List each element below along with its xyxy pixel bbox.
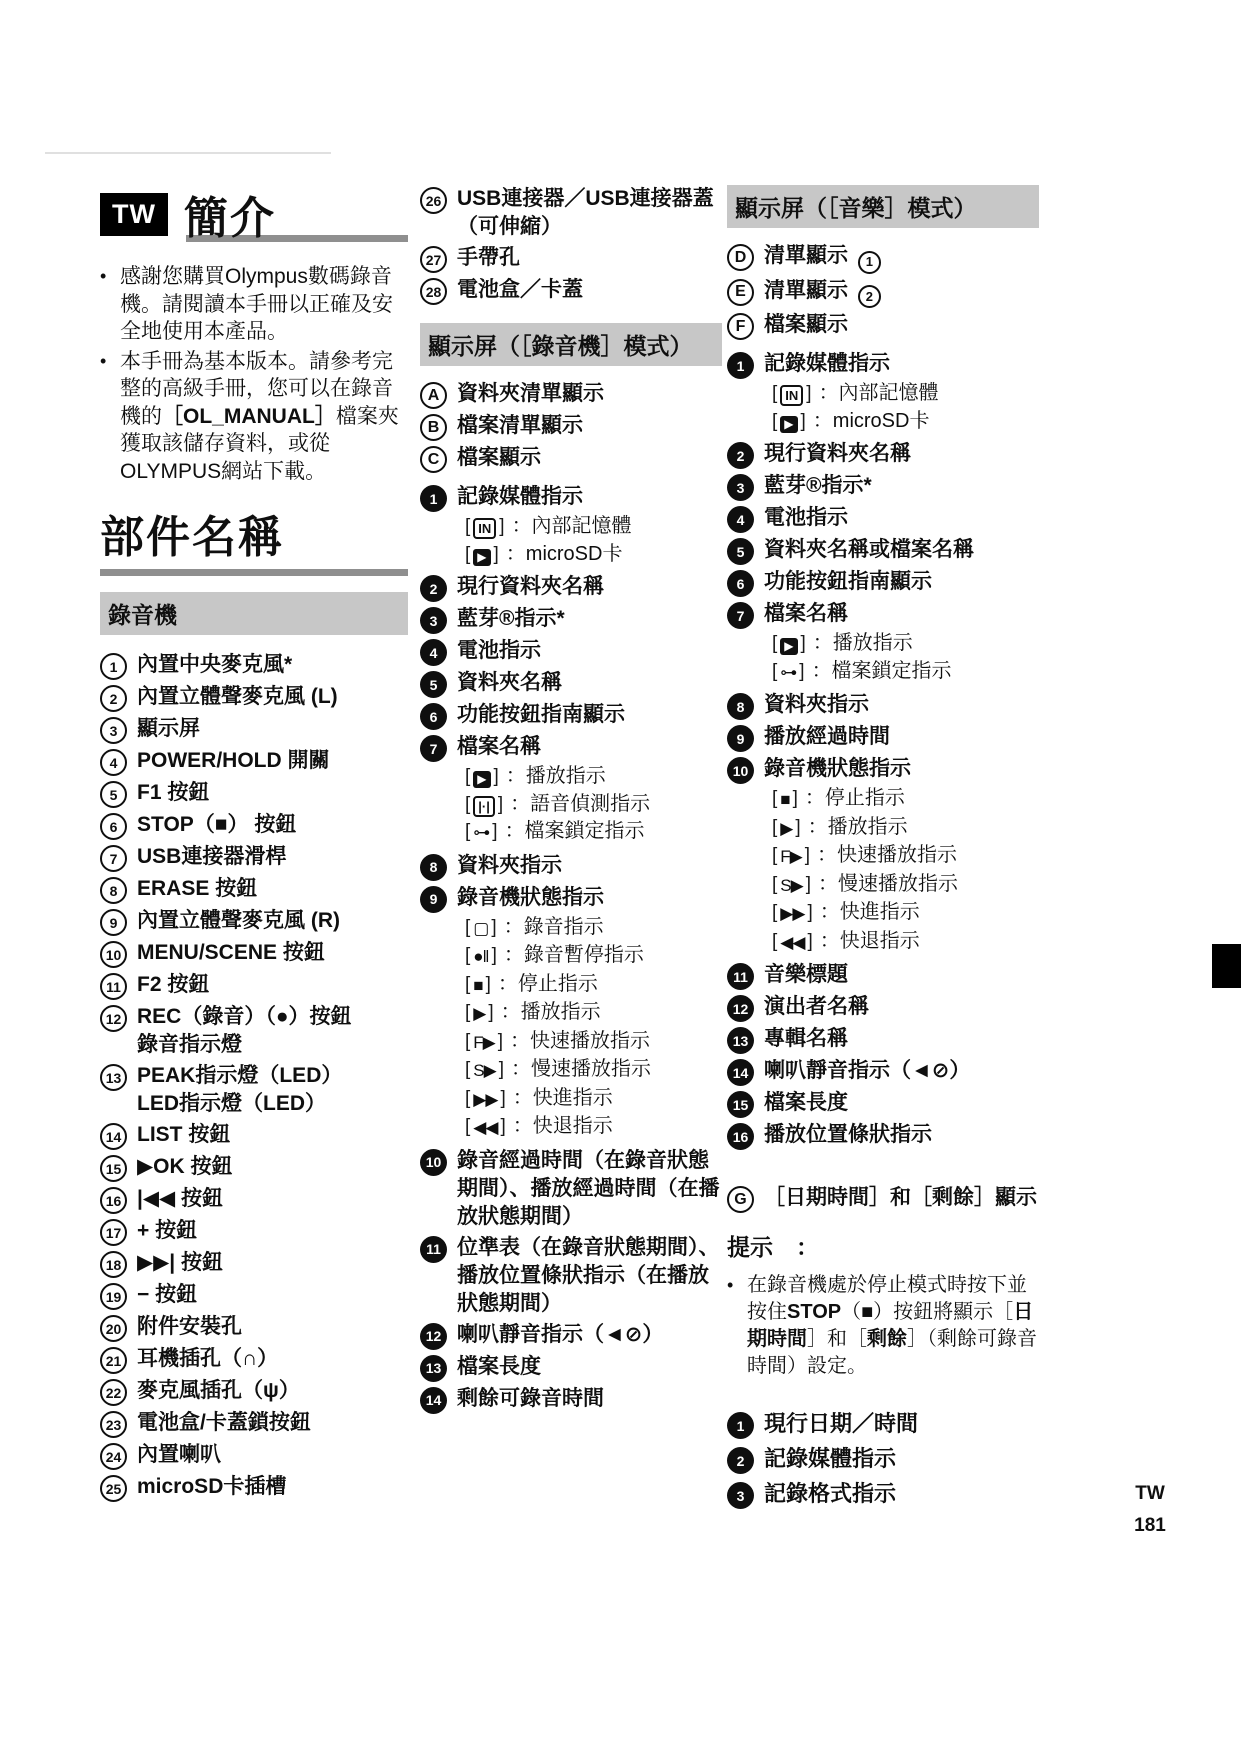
indicator-icon: ■ xyxy=(780,787,789,814)
item-label-text: 喇叭靜音指示（◄⊘） xyxy=(764,1059,970,1082)
item-marker: 11 xyxy=(727,963,754,990)
bracket-close: ] xyxy=(494,766,499,787)
item-label: 現行日期／時間 xyxy=(764,1410,1039,1438)
list-item: 7 檔案名稱 [▶]：播放指示[|·|]：語音偵測指示[⊶]：檔案鎖定指示 xyxy=(420,733,722,849)
indicator-text: ：錄音暫停指示 xyxy=(504,944,644,966)
item-label: ▶▶| 按鈕 xyxy=(137,1249,408,1277)
item-label-text: 資料夾指示 xyxy=(457,854,562,877)
item-label: 記錄媒體指示 xyxy=(764,1445,1039,1473)
item-label: 檔案顯示 xyxy=(457,444,722,472)
list-item: 2 記錄媒體指示 xyxy=(727,1445,1039,1474)
indicator-text: ：快退指示 xyxy=(513,1115,613,1137)
item-marker: 20 xyxy=(100,1315,127,1342)
bullet-text: 感謝您購買Olympus數碼錄音機。請閱讀本手冊以正確及安全地使用本產品。 xyxy=(120,263,408,346)
item-marker: 1 xyxy=(727,1412,754,1439)
display-music-indicator-list: 1 記錄媒體指示 [IN]：內部記憶體[▶]：microSD卡 2 現行資料夾名… xyxy=(727,350,1039,1150)
item-label: 耳機插孔（∩） xyxy=(137,1345,408,1373)
indicator-text: ：播放指示 xyxy=(501,1001,601,1023)
list-item: 2 現行資料夾名稱 xyxy=(420,573,722,602)
item-marker: 12 xyxy=(420,1323,447,1350)
bracket-close: ] xyxy=(486,974,491,995)
item-label: 藍芽®指示* xyxy=(457,605,722,633)
bullet-dot: • xyxy=(727,1272,747,1380)
column-right: 顯示屏（［音樂］模式） D 清單顯示 1 E 清單顯示 2 F 檔案顯示 1 記… xyxy=(727,185,1039,1515)
tip-bullet: • 在錄音機處於停止模式時按下並按住STOP（■）按鈕將顯示［日期時間］和［剩餘… xyxy=(727,1272,1039,1380)
item-marker: 4 xyxy=(420,639,447,666)
item-label: 電池盒／卡蓋 xyxy=(457,276,722,304)
item-label: 藍芽®指示* xyxy=(764,472,1039,500)
indicator-text: ：快進指示 xyxy=(513,1087,613,1109)
list-item: 1 記錄媒體指示 [IN]：內部記憶體[▶]：microSD卡 xyxy=(420,483,722,570)
indicator-text: ：慢速播放指示 xyxy=(511,1058,651,1080)
item-marker: 1 xyxy=(100,653,127,680)
bracket-close: ] xyxy=(488,1002,493,1023)
item-label-text: 資料夾指示 xyxy=(764,693,869,716)
indicator-item: [◀◀]：快退指示 xyxy=(465,1113,722,1142)
indicator-text: ：快速播放指示 xyxy=(817,844,957,866)
item-second-line: LED指示燈（LED） xyxy=(137,1090,408,1118)
item-label-text: 電池盒／卡蓋 xyxy=(457,278,583,301)
column-left: TW 簡介 • 感謝您購買Olympus數碼錄音機。請閱讀本手冊以正確及安全地使… xyxy=(100,185,408,1505)
text-segment: （■）按鈕將顯示［ xyxy=(841,1301,1013,1323)
list-item: C 檔案顯示 xyxy=(420,444,722,473)
item-label: 檔案長度 xyxy=(764,1089,1039,1117)
bracket-close: ] xyxy=(807,902,812,923)
bracket-open: [ xyxy=(772,874,777,895)
item-label: 手帶孔 xyxy=(457,244,722,272)
bracket-close: ] xyxy=(807,931,812,952)
bracket-close: ] xyxy=(499,1059,504,1080)
list-item: G ［日期時間］和［剩餘］顯示 xyxy=(727,1184,1039,1213)
item-marker: 3 xyxy=(727,474,754,501)
item-marker: 2 xyxy=(727,442,754,469)
item-marker: 7 xyxy=(420,735,447,762)
indicator-text: ：檔案鎖定指示 xyxy=(812,660,952,682)
item-label-text: 電池指示 xyxy=(457,639,541,662)
item-marker: 6 xyxy=(727,570,754,597)
item-trailing-circled-number: 2 xyxy=(858,285,881,308)
item-label: 資料夾指示 xyxy=(764,691,1039,719)
item-marker: 10 xyxy=(100,941,127,968)
list-item: 7 USB連接器滑桿 xyxy=(100,843,408,872)
indicator-item: [▢]：錄音指示 xyxy=(465,914,722,943)
item-label-text: 資料夾名稱 xyxy=(457,671,562,694)
list-item: 8 資料夾指示 xyxy=(420,852,722,881)
indicator-text: ：播放指示 xyxy=(808,816,908,838)
item-label-bold: F1 xyxy=(137,781,162,804)
item-marker: 7 xyxy=(727,602,754,629)
item-marker: 11 xyxy=(420,1236,447,1263)
item-marker: 25 xyxy=(100,1475,127,1502)
list-item: 1 內置中央麥克風* xyxy=(100,651,408,680)
recorder-section-bar: 錄音機 xyxy=(100,592,408,635)
item-marker: A xyxy=(420,382,447,409)
item-marker: 24 xyxy=(100,1443,127,1470)
bullet-text: 本手冊為基本版本。請參考完整的高級手冊，您可以在錄音機的［OL_MANUAL］檔… xyxy=(120,348,408,486)
item-label-text: 按鈕 xyxy=(162,781,210,804)
item-label-text: microSD卡插槽 xyxy=(137,1475,286,1498)
item-label-text: 藍芽®指示* xyxy=(764,474,872,497)
bracket-close: ] xyxy=(498,1031,503,1052)
item-label: POWER/HOLD 開關 xyxy=(137,747,408,775)
item-second-line: （可伸縮） xyxy=(457,213,722,241)
list-item: 23 電池盒/卡蓋鎖按鈕 xyxy=(100,1409,408,1438)
list-item: 13 檔案長度 xyxy=(420,1353,722,1382)
bracket-close: ] xyxy=(492,821,497,842)
indicator-icon: |·| xyxy=(473,796,495,817)
item-label-text: − 按鈕 xyxy=(137,1283,197,1306)
language-tag: TW xyxy=(100,193,168,236)
list-item: 14 剩餘可錄音時間 xyxy=(420,1385,722,1414)
indicator-text: ：快速播放指示 xyxy=(510,1030,650,1052)
indicator-item: [●‖]：錄音暫停指示 xyxy=(465,942,722,971)
indicator-icon: ▶ xyxy=(473,1001,485,1028)
indicator-icon: ⊶ xyxy=(780,660,796,687)
indicator-sublist: [▢]：錄音指示[●‖]：錄音暫停指示[■]：停止指示[▶]：播放指示[F▶]：… xyxy=(457,914,722,1142)
item-label-text: 開關 xyxy=(282,749,330,772)
bracket-open: [ xyxy=(772,788,777,809)
item-label-text: （■） 按鈕 xyxy=(194,813,297,836)
indicator-item: [▶]：播放指示 xyxy=(465,763,722,791)
item-marker: 5 xyxy=(420,671,447,698)
list-item: 2 內置立體聲麥克風 (L) xyxy=(100,683,408,712)
list-item: 9 錄音機狀態指示 [▢]：錄音指示[●‖]：錄音暫停指示[■]：停止指示[▶]… xyxy=(420,884,722,1144)
indicator-text: ：快退指示 xyxy=(820,930,920,952)
item-label-text: 位準表（在錄音狀態期間）、播放位置條狀指示（在播放狀態期間） xyxy=(457,1236,720,1315)
list-item: 5 F1 按鈕 xyxy=(100,779,408,808)
item-label-text: 檔案長度 xyxy=(764,1091,848,1114)
indicator-text: ：停止指示 xyxy=(805,787,905,809)
item-label-text: 剩餘可錄音時間 xyxy=(457,1387,604,1410)
item-label-text: 藍芽®指示* xyxy=(457,607,565,630)
item-label: 錄音機狀態指示 [▢]：錄音指示[●‖]：錄音暫停指示[■]：停止指示[▶]：播… xyxy=(457,884,722,1144)
list-item: 11 F2 按鈕 xyxy=(100,971,408,1000)
item-label: 檔案長度 xyxy=(457,1353,722,1381)
item-label-text: 資料夾清單顯示 xyxy=(457,382,604,405)
item-marker: 2 xyxy=(727,1447,754,1474)
page-footer: TW 181 xyxy=(1128,1478,1172,1542)
item-marker: 18 xyxy=(100,1251,127,1278)
item-marker: 12 xyxy=(100,1005,127,1032)
item-label: 喇叭靜音指示（◄⊘） xyxy=(457,1321,722,1349)
item-label: 演出者名稱 xyxy=(764,993,1039,1021)
list-item: 14 LIST 按鈕 xyxy=(100,1121,408,1150)
bracket-close: ] xyxy=(500,1116,505,1137)
item-marker: 3 xyxy=(100,717,127,744)
indicator-icon: ▶ xyxy=(780,416,797,433)
item-marker: 23 xyxy=(100,1411,127,1438)
list-item: 16 播放位置條狀指示 xyxy=(727,1121,1039,1150)
item-label: 內置喇叭 xyxy=(137,1441,408,1469)
indicator-item: [F▶]：快速播放指示 xyxy=(465,1028,722,1057)
item-label-bold: PEAK xyxy=(137,1064,195,1087)
item-marker: 13 xyxy=(100,1064,127,1091)
indicator-text: ：microSD卡 xyxy=(813,410,930,432)
item-label-text: 手帶孔 xyxy=(457,246,520,269)
indicator-icon: F▶ xyxy=(780,844,801,871)
indicator-item: [▶]：microSD卡 xyxy=(465,541,722,569)
item-label: 檔案名稱 [▶]：播放指示[|·|]：語音偵測指示[⊶]：檔案鎖定指示 xyxy=(457,733,722,849)
bracket-open: [ xyxy=(772,411,777,432)
item-label-text: 指示燈（LED） xyxy=(195,1064,342,1087)
manual-page: TW 簡介 • 感謝您購買Olympus數碼錄音機。請閱讀本手冊以正確及安全地使… xyxy=(0,0,1241,1754)
item-label: microSD卡插槽 xyxy=(137,1473,408,1501)
bracket-open: [ xyxy=(465,1088,470,1109)
list-item: 6 功能按鈕指南顯示 xyxy=(727,568,1039,597)
item-label: 功能按鈕指南顯示 xyxy=(764,568,1039,596)
bracket-close: ] xyxy=(499,516,504,537)
item-marker: 26 xyxy=(420,187,447,214)
intro-bullets: • 感謝您購買Olympus數碼錄音機。請閱讀本手冊以正確及安全地使用本產品。 … xyxy=(100,263,408,485)
indicator-icon: S▶ xyxy=(780,873,802,900)
indicator-item: [|·|]：語音偵測指示 xyxy=(465,791,722,819)
item-label-text: 內置立體聲麥克風 (R) xyxy=(137,909,340,932)
item-label-text: 記錄媒體指示 xyxy=(764,352,890,375)
item-marker: 8 xyxy=(420,854,447,881)
list-item: 21 耳機插孔（∩） xyxy=(100,1345,408,1374)
indicator-icon: ▶ xyxy=(473,771,490,788)
item-marker: 1 xyxy=(420,485,447,512)
item-label: LIST 按鈕 xyxy=(137,1121,408,1149)
bracket-open: [ xyxy=(772,817,777,838)
item-marker: 2 xyxy=(420,575,447,602)
text-segment: ］和［ xyxy=(807,1328,867,1350)
item-label: F1 按鈕 xyxy=(137,779,408,807)
item-marker: B xyxy=(420,414,447,441)
bullet-dot: • xyxy=(100,263,120,346)
item-label-text: 喇叭靜音指示（◄⊘） xyxy=(457,1323,663,1346)
list-item: 1 現行日期／時間 xyxy=(727,1410,1039,1439)
item-marker: 14 xyxy=(727,1059,754,1086)
item-label-text: 檔案顯示 xyxy=(457,446,541,469)
item-label-text: 功能按鈕指南顯示 xyxy=(457,703,625,726)
bracket-close: ] xyxy=(806,874,811,895)
list-item: 10 錄音機狀態指示 [■]：停止指示[▶]：播放指示[F▶]：快速播放指示[S… xyxy=(727,755,1039,958)
item-label: 喇叭靜音指示（◄⊘） xyxy=(764,1057,1039,1085)
list-item: 15 ▶OK 按鈕 xyxy=(100,1153,408,1182)
item-label-text: 檔案名稱 xyxy=(457,735,541,758)
bracket-close: ] xyxy=(494,544,499,565)
indicator-icon: ▶▶ xyxy=(780,901,804,928)
bracket-close: ] xyxy=(500,1088,505,1109)
item-label: 音樂標題 xyxy=(764,961,1039,989)
bracket-open: [ xyxy=(772,902,777,923)
list-item: 28 電池盒／卡蓋 xyxy=(420,276,722,305)
display-recorder-mode-bar: 顯示屏（［錄音機］模式） xyxy=(420,323,722,366)
item-label: 清單顯示 1 xyxy=(764,242,1039,274)
list-item: 16 |◀◀ 按鈕 xyxy=(100,1185,408,1214)
indicator-text: ：錄音指示 xyxy=(504,916,604,938)
indicator-icon: ▶ xyxy=(780,816,792,843)
bracket-open: [ xyxy=(465,516,470,537)
parts-section-title: 部件名稱 xyxy=(100,501,408,565)
indicator-item: [▶]：播放指示 xyxy=(465,999,722,1028)
bracket-open: [ xyxy=(465,917,470,938)
item-label: 附件安裝孔 xyxy=(137,1313,408,1341)
item-label-bold: LIST xyxy=(137,1123,183,1146)
item-label-bold: F2 xyxy=(137,973,162,996)
indicator-text: ：播放指示 xyxy=(506,765,606,787)
indicator-item: [⊶]：檔案鎖定指示 xyxy=(772,658,1039,687)
item-label: 現行資料夾名稱 xyxy=(764,440,1039,468)
bracket-close: ] xyxy=(801,411,806,432)
item-label-bold: |◀◀ xyxy=(137,1187,175,1210)
item-label-text: 錄音經過時間（在錄音狀態期間）、播放經過時間（在播放狀態期間） xyxy=(457,1149,720,1228)
item-label-text: 專輯名稱 xyxy=(764,1027,848,1050)
item-label-text: 現行資料夾名稱 xyxy=(764,442,911,465)
item-trailing-circled-number: 1 xyxy=(858,251,881,274)
item-marker: 13 xyxy=(420,1355,447,1382)
indicator-text: ：microSD卡 xyxy=(506,543,623,565)
list-item: F 檔案顯示 xyxy=(727,311,1039,340)
item-marker: 15 xyxy=(100,1155,127,1182)
item-marker: 11 xyxy=(100,973,127,1000)
item-label: MENU/SCENE 按鈕 xyxy=(137,939,408,967)
item-marker: 1 xyxy=(727,352,754,379)
indicator-item: [IN]：內部記憶體 xyxy=(465,513,722,541)
item-marker: 21 xyxy=(100,1347,127,1374)
indicator-text: ：檔案鎖定指示 xyxy=(505,820,645,842)
item-label: REC（錄音）（●）按鈕錄音指示燈 xyxy=(137,1003,408,1059)
item-marker: 3 xyxy=(420,607,447,634)
indicator-item: [S▶]：慢速播放指示 xyxy=(465,1056,722,1085)
item-marker: 8 xyxy=(727,693,754,720)
list-item: 3 顯示屏 xyxy=(100,715,408,744)
section-edge-tab xyxy=(1212,944,1241,988)
item-marker: E xyxy=(727,279,754,306)
indicator-icon: IN xyxy=(473,518,496,539)
item-label-text: USB連接器滑桿 xyxy=(137,845,286,868)
indicator-item: [▶]：播放指示 xyxy=(772,814,1039,843)
list-item: 9 播放經過時間 xyxy=(727,723,1039,752)
list-item: 4 POWER/HOLD 開關 xyxy=(100,747,408,776)
item-label: 電池指示 xyxy=(764,504,1039,532)
item-label: 錄音機狀態指示 [■]：停止指示[▶]：播放指示[F▶]：快速播放指示[S▶]：… xyxy=(764,755,1039,958)
item-label-text: 顯示屏 xyxy=(137,717,200,740)
item-label-text: 麥克風插孔（ψ） xyxy=(137,1379,300,1402)
item-label-text: 電池指示 xyxy=(764,506,848,529)
list-item: 5 資料夾名稱或檔案名稱 xyxy=(727,536,1039,565)
item-label-text: （錄音）（●）按鈕 xyxy=(181,1005,351,1028)
item-marker: 9 xyxy=(727,725,754,752)
item-marker: 15 xyxy=(727,1091,754,1118)
footer-page-number: 181 xyxy=(1128,1510,1172,1542)
item-label: ▶OK 按鈕 xyxy=(137,1153,408,1181)
indicator-text: ：內部記憶體 xyxy=(819,382,939,404)
item-marker: 6 xyxy=(420,703,447,730)
bracket-open: [ xyxy=(772,661,777,682)
item-label: 檔案名稱 [▶]：播放指示[⊶]：檔案鎖定指示 xyxy=(764,600,1039,688)
indicator-icon: F▶ xyxy=(473,1030,494,1057)
intro-bullet-1: • 感謝您購買Olympus數碼錄音機。請閱讀本手冊以正確及安全地使用本產品。 xyxy=(100,263,408,346)
item-marker: 19 xyxy=(100,1283,127,1310)
item-label-bold: STOP xyxy=(137,813,194,836)
item-label: 位準表（在錄音狀態期間）、播放位置條狀指示（在播放狀態期間） xyxy=(457,1234,722,1318)
item-marker: 28 xyxy=(420,278,447,305)
item-label-text: 按鈕 xyxy=(175,1187,223,1210)
bracket-close: ] xyxy=(498,794,503,815)
list-item: 8 ERASE 按鈕 xyxy=(100,875,408,904)
bracket-open: [ xyxy=(772,383,777,404)
item-label-text: 播放經過時間 xyxy=(764,725,890,748)
item-marker: 12 xyxy=(727,995,754,1022)
recorder-parts-list-continued: 26 USB連接器／USB連接器蓋（可伸縮） 27 手帶孔 28 電池盒／卡蓋 xyxy=(420,185,722,305)
intro-bullet-2: • 本手冊為基本版本。請參考完整的高級手冊，您可以在錄音機的［OL_MANUAL… xyxy=(100,348,408,486)
item-label: 清單顯示 2 xyxy=(764,277,1039,309)
item-label-text: 演出者名稱 xyxy=(764,995,869,1018)
item-label-text: 按鈕 xyxy=(183,1123,231,1146)
item-marker: 14 xyxy=(420,1387,447,1414)
list-item: 3 藍芽®指示* xyxy=(727,472,1039,501)
item-label-text: 附件安裝孔 xyxy=(137,1315,242,1338)
item-marker: 13 xyxy=(727,1027,754,1054)
item-label-text: 現行資料夾名稱 xyxy=(457,575,604,598)
indicator-icon: ▢ xyxy=(473,916,488,943)
item-label-bold: POWER/HOLD xyxy=(137,749,282,772)
text-segment: 剩餘 xyxy=(867,1328,907,1350)
list-item: 11 位準表（在錄音狀態期間）、播放位置條狀指示（在播放狀態期間） xyxy=(420,1234,722,1318)
item-label-text: 播放位置條狀指示 xyxy=(764,1123,932,1146)
indicator-icon: ◀◀ xyxy=(473,1115,497,1142)
indicator-item: [F▶]：快速播放指示 xyxy=(772,842,1039,871)
list-item: 6 功能按鈕指南顯示 xyxy=(420,701,722,730)
indicator-text: ：語音偵測指示 xyxy=(510,793,650,815)
item-label: 顯示屏 xyxy=(137,715,408,743)
item-label: 功能按鈕指南顯示 xyxy=(457,701,722,729)
item-label-text: 電池盒/卡蓋鎖按鈕 xyxy=(137,1411,311,1434)
list-item: 24 內置喇叭 xyxy=(100,1441,408,1470)
item-label: 錄音經過時間（在錄音狀態期間）、播放經過時間（在播放狀態期間） xyxy=(457,1147,722,1231)
display-recorder-indicator-list: 1 記錄媒體指示 [IN]：內部記憶體[▶]：microSD卡 2 現行資料夾名… xyxy=(420,483,722,1414)
item-label-text: 按鈕 xyxy=(162,973,210,996)
item-label: ［日期時間］和［剩餘］顯示 xyxy=(764,1184,1039,1212)
indicator-text: ：停止指示 xyxy=(498,973,598,995)
item-label-text: + 按鈕 xyxy=(137,1219,197,1242)
bracket-open: [ xyxy=(465,1002,470,1023)
item-label-text: 功能按鈕指南顯示 xyxy=(764,570,932,593)
indicator-item: [▶]：播放指示 xyxy=(772,630,1039,658)
item-marker: 27 xyxy=(420,246,447,273)
bracket-close: ] xyxy=(491,917,496,938)
item-label-text: 按鈕 xyxy=(175,1251,223,1274)
item-label: 麥克風插孔（ψ） xyxy=(137,1377,408,1405)
display-music-letter-list: D 清單顯示 1 E 清單顯示 2 F 檔案顯示 xyxy=(727,242,1039,340)
indicator-icon: ◀◀ xyxy=(780,930,804,957)
list-item: 8 資料夾指示 xyxy=(727,691,1039,720)
list-item: 12 REC（錄音）（●）按鈕錄音指示燈 xyxy=(100,1003,408,1059)
item-label-text: 清單顯示 xyxy=(764,244,854,267)
indicator-text: ：慢速播放指示 xyxy=(818,873,958,895)
item-label-bold: ERASE xyxy=(137,877,209,900)
item-label-text: ［日期時間］和［剩餘］顯示 xyxy=(764,1186,1037,1209)
item-label-text: 記錄媒體指示 xyxy=(764,1446,896,1471)
item-label-text: 檔案名稱 xyxy=(764,602,848,625)
indicator-sublist: [IN]：內部記憶體[▶]：microSD卡 xyxy=(457,513,722,568)
indicator-item: [■]：停止指示 xyxy=(772,785,1039,814)
item-marker: D xyxy=(727,244,754,271)
list-item: 12 演出者名稱 xyxy=(727,993,1039,1022)
item-label-text: 耳機插孔（∩） xyxy=(137,1347,278,1370)
item-marker: 14 xyxy=(100,1123,127,1150)
item-label: 剩餘可錄音時間 xyxy=(457,1385,722,1413)
list-item: 7 檔案名稱 [▶]：播放指示[⊶]：檔案鎖定指示 xyxy=(727,600,1039,688)
item-label: USB連接器滑桿 xyxy=(137,843,408,871)
item-label: + 按鈕 xyxy=(137,1217,408,1245)
item-marker: 9 xyxy=(100,909,127,936)
item-label: 電池盒/卡蓋鎖按鈕 xyxy=(137,1409,408,1437)
item-marker: 16 xyxy=(100,1187,127,1214)
bracket-open: [ xyxy=(465,794,470,815)
